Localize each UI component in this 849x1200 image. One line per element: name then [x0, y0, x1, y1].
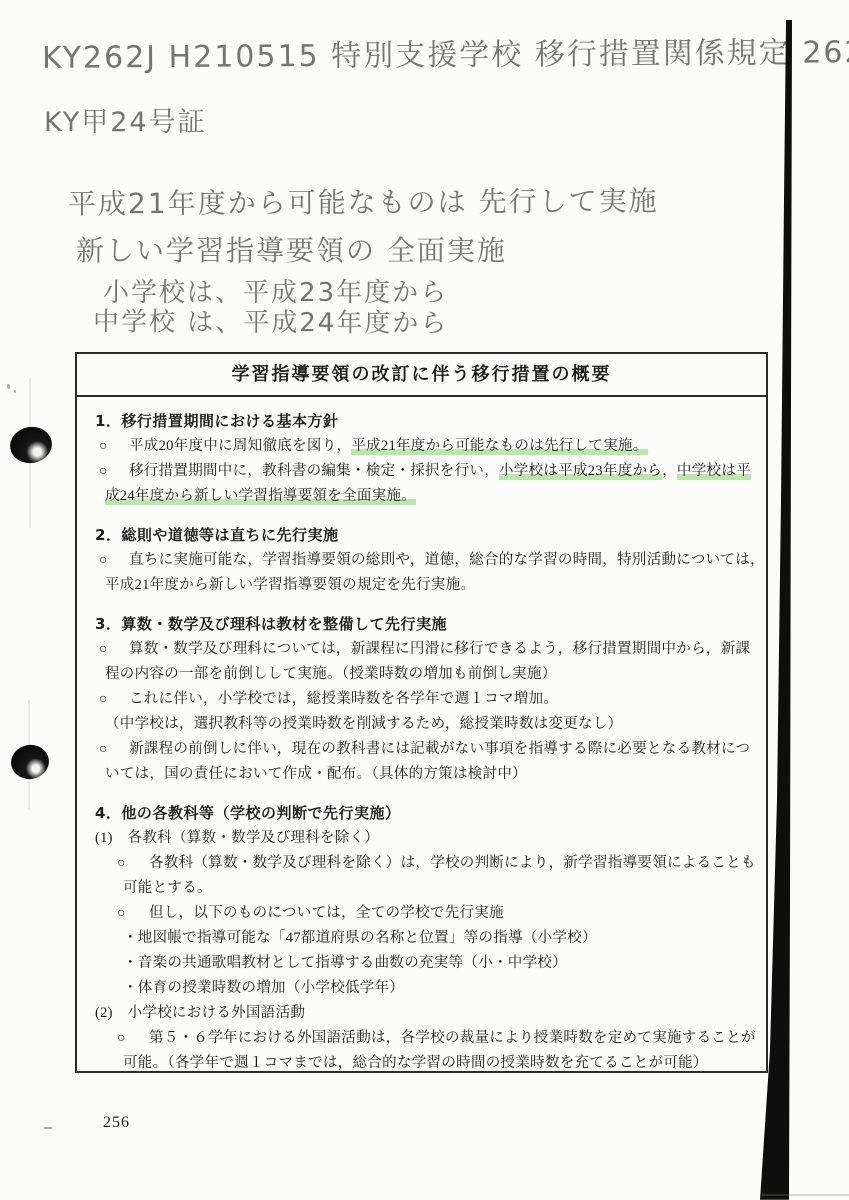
text-line: ・音楽の共通歌唱教材として指導する曲数の充実等（小・中学校）: [123, 951, 766, 976]
list-item: ○ 算数・数学及び理科については，新課程に円滑に移行できるよう，移行措置期間中か…: [77, 637, 766, 687]
text-line: 程の内容の一部を前倒しして実施。（授業時数の増加も前倒し実施）: [105, 662, 766, 687]
text-line: 第５・６学年における外国語活動は，各学校の裁量により授業時数を定めて実施すること…: [149, 1026, 766, 1051]
text-line: 成24年度から新しい学習指導要領を全面実施。: [105, 484, 766, 509]
summary-box: 学習指導要領の改訂に伴う移行措置の概要 1．移行措置期間における基本方針 ○ 平…: [75, 352, 768, 1073]
section-1-heading: 1．移行措置期間における基本方針: [77, 409, 766, 434]
page-number: 256: [103, 1114, 130, 1132]
section-3-heading: 3．算数・数学及び理科は教材を整備して先行実施: [77, 612, 766, 637]
handwritten-note-1: 平成21年度から可能なものは 先行して実施: [68, 179, 659, 222]
circle-bullet: ○: [99, 737, 108, 762]
text-line: 直ちに実施可能な，学習指導要領の総則や，道徳，総合的な学習の時間，特別活動につい…: [129, 548, 766, 573]
text-line: 移行措置期間中に，教科書の編集・検定・採択を行い，小学校は平成23年度から，中学…: [129, 459, 766, 484]
green-underline-highlight: 成24年度から新しい学習指導要領を全面実施。: [105, 488, 416, 505]
list-item: ○ 各教科（算数・数学及び理科を除く）は，学校の判断により，新学習指導要領による…: [77, 851, 766, 901]
list-item: ○ 新課程の前倒しに伴い，現在の教科書には記載がない事項を指導する際に必要となる…: [77, 737, 766, 787]
text-line: 可能とする。: [123, 876, 766, 901]
green-underline-highlight: 小学校は平成23年度から: [499, 463, 662, 480]
circle-bullet: ○: [117, 901, 126, 926]
circle-bullet: ○: [99, 637, 108, 662]
subsection-1-label: (1) 各教科（算数・数学及び理科を除く）: [77, 826, 766, 851]
section-2: 2．総則や道徳等は直ちに先行実施 ○ 直ちに実施可能な，学習指導要領の総則や，道…: [77, 523, 766, 598]
pencil-dash-mark: [44, 1127, 52, 1129]
section-2-heading: 2．総則や道徳等は直ちに先行実施: [77, 523, 766, 548]
list-item: ○ 移行措置期間中に，教科書の編集・検定・採択を行い，小学校は平成23年度から，…: [77, 459, 766, 509]
handwritten-note-4: 中学校 は、平成24年度から: [93, 301, 449, 340]
circle-bullet: ○: [117, 851, 126, 876]
section-4: 4．他の各教科等（学校の判断で先行実施） (1) 各教科（算数・数学及び理科を除…: [77, 801, 766, 1073]
scan-speck: [14, 390, 16, 393]
circle-bullet: ○: [99, 459, 108, 484]
text-line: 新課程の前倒しに伴い，現在の教科書には記載がない事項を指導する際に必要となる教材…: [129, 737, 766, 762]
text-line: 可能。（各学年で週１コマまでは，総合的な学習の時間の授業時数を充てることが可能）: [123, 1051, 766, 1073]
document-body: 1．移行措置期間における基本方針 ○ 平成20年度中に周知徹底を図り，平成21年…: [77, 397, 766, 1073]
text-line: ・体育の授業時数の増加（小学校低学年）: [123, 976, 766, 1001]
circle-bullet: ○: [99, 548, 108, 573]
list-item: ○ これに伴い，小学校では，総授業時数を各学年で週１コマ増加。 （中学校は，選択…: [77, 687, 766, 737]
hole-punch-top: [7, 424, 55, 467]
scanned-document-page: KY262J H210515 特別支援学校 移行措置関係規定 262 KY甲24…: [0, 0, 849, 1200]
subsection-2-label: (2) 小学校における外国語活動: [77, 1001, 766, 1026]
scanner-edge-line: [762, 1194, 849, 1196]
green-underline-highlight: 中学校は平: [677, 463, 751, 480]
hole-punch-bottom: [8, 742, 51, 782]
list-item: ○ 平成20年度中に周知徹底を図り，平成21年度から可能なものは先行して実施。: [77, 434, 766, 459]
text-segment: 平成20年度中に周知徹底を図り，: [129, 438, 351, 454]
text-line: 平成20年度中に周知徹底を図り，平成21年度から可能なものは先行して実施。: [129, 434, 766, 459]
text-line: 但し，以下のものについては，全ての学校で先行実施: [149, 901, 766, 926]
green-underline-highlight: 平成21年度から可能なものは先行して実施。: [351, 438, 647, 455]
text-segment: ，: [662, 463, 677, 479]
section-1: 1．移行措置期間における基本方針 ○ 平成20年度中に周知徹底を図り，平成21年…: [77, 409, 766, 509]
circle-bullet: ○: [117, 1026, 126, 1051]
text-segment: 移行措置期間中に，教科書の編集・検定・採択を行い，: [129, 463, 499, 479]
circle-bullet: ○: [99, 687, 108, 712]
section-3: 3．算数・数学及び理科は教材を整備して先行実施 ○ 算数・数学及び理科については…: [77, 612, 766, 787]
text-line: いては，国の責任において作成・配布。（具体的方策は検討中）: [105, 762, 766, 787]
text-line: 各教科（算数・数学及び理科を除く）は，学校の判断により，新学習指導要領によること…: [149, 851, 766, 876]
section-4-heading: 4．他の各教科等（学校の判断で先行実施）: [77, 801, 766, 826]
text-line: （中学校は，選択教科等の授業時数を削減するため，総授業時数は変更なし）: [105, 712, 766, 737]
document-title: 学習指導要領の改訂に伴う移行措置の概要: [77, 354, 766, 397]
list-item: ○ 直ちに実施可能な，学習指導要領の総則や，道徳，総合的な学習の時間，特別活動に…: [77, 548, 766, 598]
handwritten-exhibit-number: KY甲24号証: [44, 100, 207, 139]
text-line: ・地図帳で指導可能な「47都道府県の名称と位置」等の指導（小学校）: [123, 926, 766, 951]
circle-bullet: ○: [99, 434, 108, 459]
handwritten-exhibit-header: KY262J H210515 特別支援学校 移行措置関係規定 262: [42, 27, 849, 77]
text-line: 算数・数学及び理科については，新課程に円滑に移行できるよう，移行措置期間中から，…: [129, 637, 766, 662]
scan-speck: [7, 384, 10, 389]
list-item: ○ 但し，以下のものについては，全ての学校で先行実施 ・地図帳で指導可能な「47…: [77, 901, 766, 1001]
text-line: 平成21年度から新しい学習指導要領の規定を先行実施。: [105, 573, 766, 598]
list-item: ○ 第５・６学年における外国語活動は，各学校の裁量により授業時数を定めて実施する…: [77, 1026, 766, 1073]
text-line: これに伴い，小学校では，総授業時数を各学年で週１コマ増加。: [129, 687, 766, 712]
handwritten-note-2: 新しい学習指導要領の 全面実施: [76, 229, 507, 269]
